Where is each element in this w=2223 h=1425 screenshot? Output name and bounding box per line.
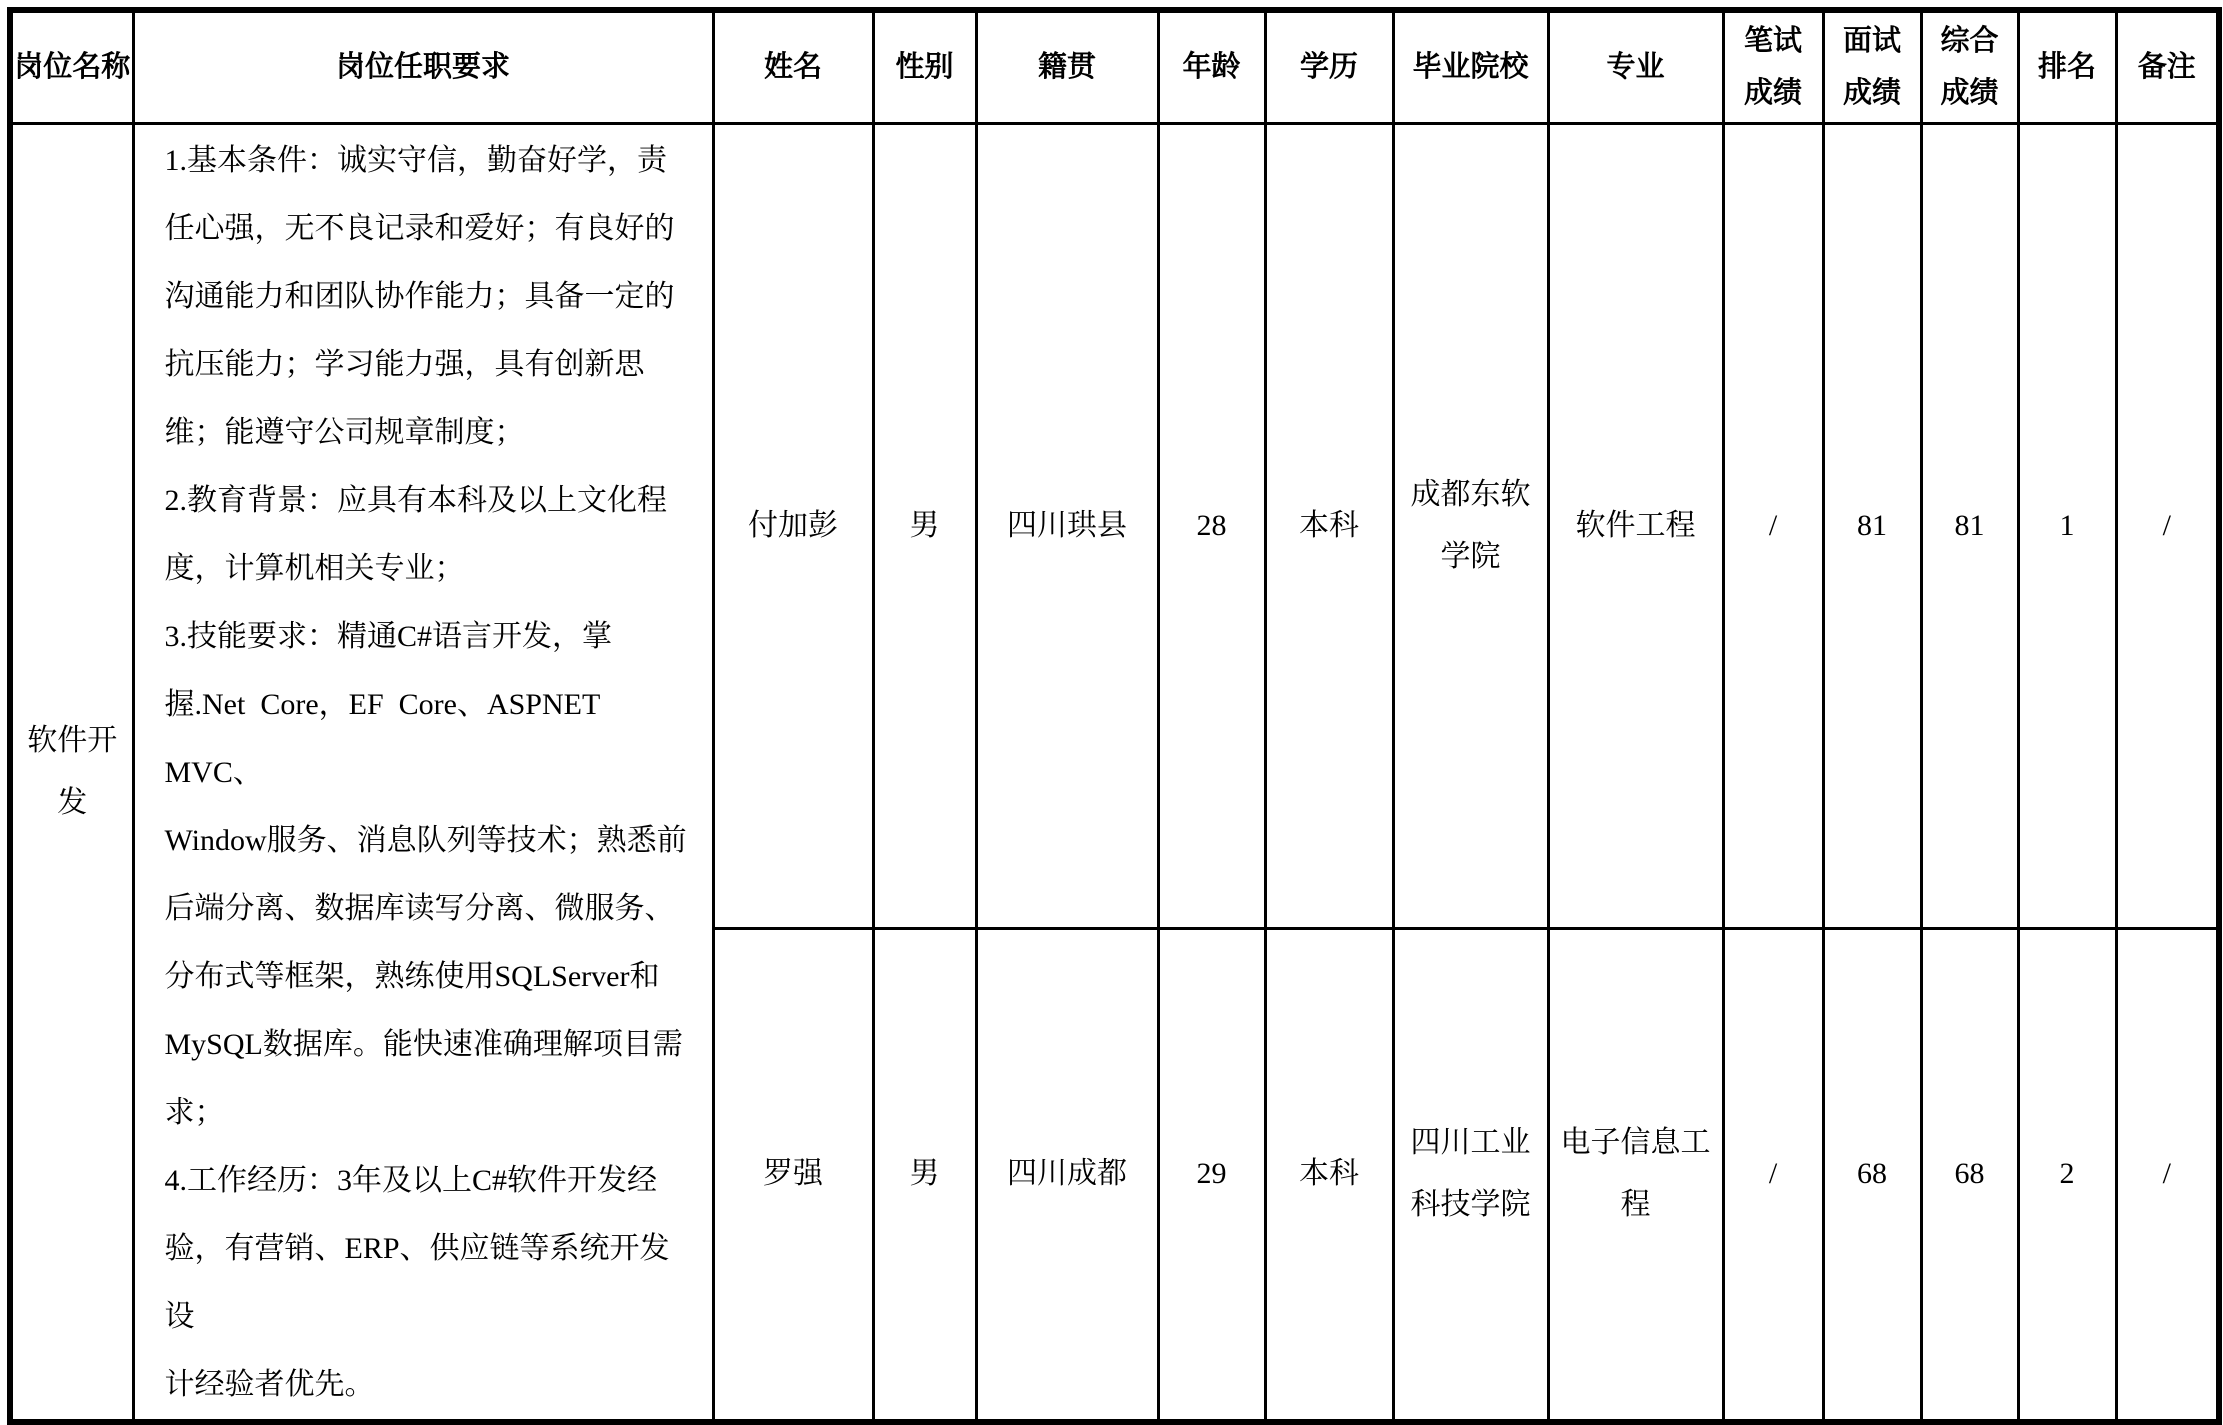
header-position-name: 岗位名称: [10, 10, 133, 123]
header-written-score: 笔试 成绩: [1723, 10, 1823, 123]
major-cell: 软件工程: [1548, 123, 1723, 929]
header-native-place: 籍贯: [976, 10, 1158, 123]
school-cell: 四川工业 科技学院: [1393, 929, 1548, 1422]
header-rank: 排名: [2018, 10, 2116, 123]
education-cell: 本科: [1265, 123, 1393, 929]
name-cell: 付加彭: [713, 123, 873, 929]
rank-cell: 1: [2018, 123, 2116, 929]
interview-score-cell: 81: [1823, 123, 1921, 929]
header-gender: 性别: [873, 10, 976, 123]
overall-score-cell: 81: [1921, 123, 2018, 929]
age-cell: 28: [1158, 123, 1265, 929]
school-cell: 成都东软 学院: [1393, 123, 1548, 929]
native-place-cell: 四川成都: [976, 929, 1158, 1422]
major-cell: 电子信息工 程: [1548, 929, 1723, 1422]
header-interview-score: 面试 成绩: [1823, 10, 1921, 123]
header-overall-score: 综合 成绩: [1921, 10, 2018, 123]
gender-cell: 男: [873, 123, 976, 929]
recruitment-table: 岗位名称 岗位任职要求 姓名 性别 籍贯 年龄 学历 毕业院校 专业 笔试 成绩…: [7, 7, 2222, 1425]
candidate-row-1: 软件开发 1.基本条件：诚实守信，勤奋好学，责 任心强，无不良记录和爱好；有良好…: [10, 123, 2219, 929]
header-age: 年龄: [1158, 10, 1265, 123]
header-education: 学历: [1265, 10, 1393, 123]
age-cell: 29: [1158, 929, 1265, 1422]
native-place-cell: 四川珙县: [976, 123, 1158, 929]
written-score-cell: /: [1723, 123, 1823, 929]
remark-cell: /: [2116, 929, 2219, 1422]
job-requirements-cell: 1.基本条件：诚实守信，勤奋好学，责 任心强，无不良记录和爱好；有良好的 沟通能…: [133, 123, 713, 1422]
name-cell: 罗强: [713, 929, 873, 1422]
header-school: 毕业院校: [1393, 10, 1548, 123]
written-score-cell: /: [1723, 929, 1823, 1422]
header-row: 岗位名称 岗位任职要求 姓名 性别 籍贯 年龄 学历 毕业院校 专业 笔试 成绩…: [10, 10, 2219, 123]
rank-cell: 2: [2018, 929, 2116, 1422]
header-requirements: 岗位任职要求: [133, 10, 713, 123]
interview-score-cell: 68: [1823, 929, 1921, 1422]
overall-score-cell: 68: [1921, 929, 2018, 1422]
job-name-cell: 软件开发: [10, 123, 133, 1422]
gender-cell: 男: [873, 929, 976, 1422]
header-name: 姓名: [713, 10, 873, 123]
header-major: 专业: [1548, 10, 1723, 123]
remark-cell: /: [2116, 123, 2219, 929]
education-cell: 本科: [1265, 929, 1393, 1422]
header-remark: 备注: [2116, 10, 2219, 123]
